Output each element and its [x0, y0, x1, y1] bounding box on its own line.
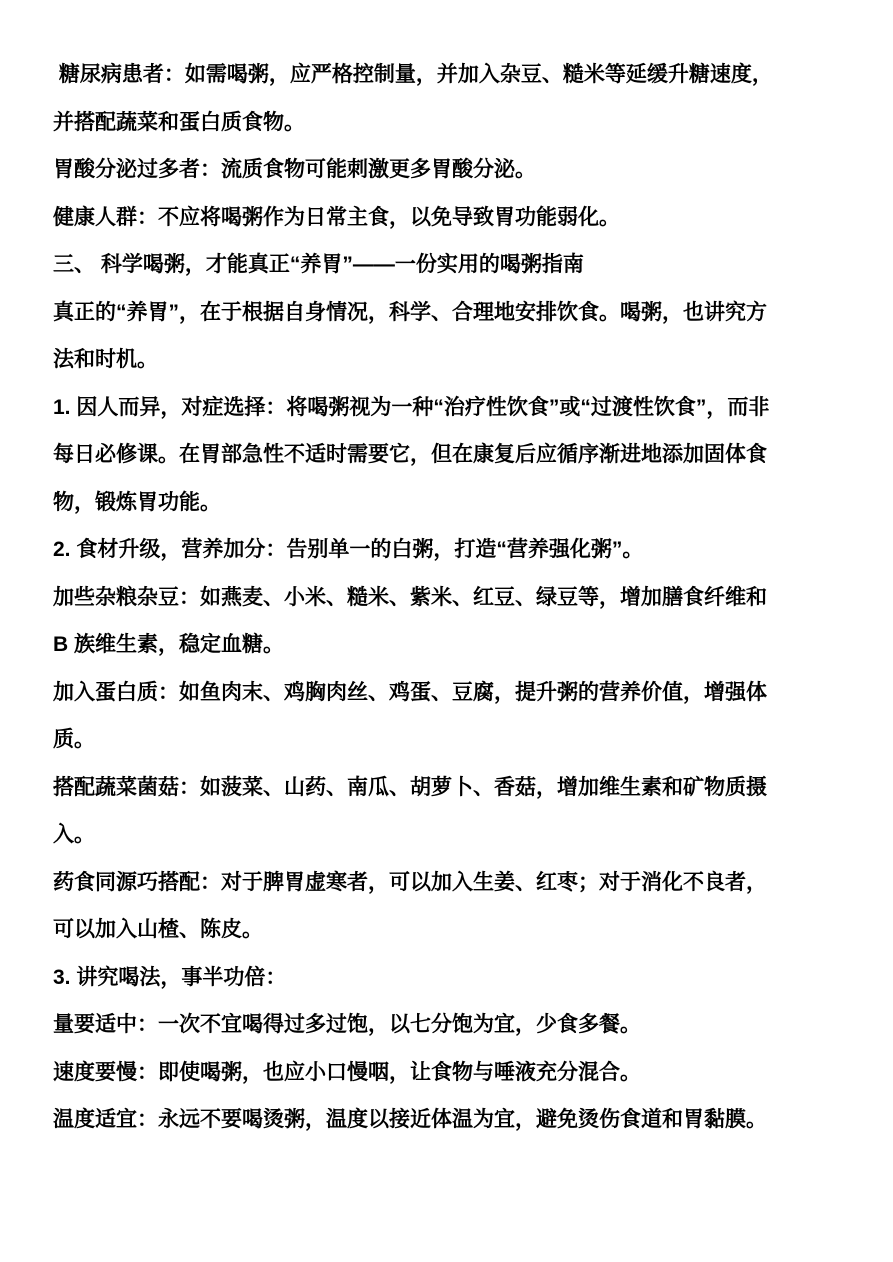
text-line: 质。 [53, 716, 855, 764]
para-slow-speed: 速度要慢：即使喝粥，也应小口慢咽，让食物与唾液充分混合。 [53, 1049, 855, 1097]
text-line: B 族维生素，稳定血糖。 [53, 621, 855, 669]
para-moderate-amount: 量要适中：一次不宜喝得过多过饱，以七分饱为宜，少食多餐。 [53, 1001, 855, 1049]
text-line: 量要适中：一次不宜喝得过多过饱，以七分饱为宜，少食多餐。 [53, 1001, 855, 1049]
text-line: 加些杂粮杂豆：如燕麦、小米、糙米、紫米、红豆、绿豆等，增加膳食纤维和 [53, 574, 855, 622]
heading-section-three: 三、 科学喝粥，才能真正“养胃”——一份实用的喝粥指南 [53, 241, 855, 289]
para-add-grains-beans: 加些杂粮杂豆：如燕麦、小米、糙米、紫米、红豆、绿豆等，增加膳食纤维和 B 族维生… [53, 574, 855, 669]
document-page: 糖尿病患者：如需喝粥，应严格控制量，并加入杂豆、糙米等延缓升糖速度， 并搭配蔬菜… [0, 0, 893, 1262]
para-point-3-drinking-method: 3. 讲究喝法，事半功倍： [53, 954, 855, 1002]
text-line: 健康人群：不应将喝粥作为日常主食，以免导致胃功能弱化。 [53, 194, 855, 242]
para-medicinal-food-pairing: 药食同源巧搭配：对于脾胃虚寒者，可以加入生姜、红枣；对于消化不良者， 可以加入山… [53, 859, 855, 954]
text-line: 物，锻炼胃功能。 [53, 479, 855, 527]
para-excess-stomach-acid: 胃酸分泌过多者：流质食物可能刺激更多胃酸分泌。 [53, 146, 855, 194]
text-line: 1. 因人而异，对症选择：将喝粥视为一种“治疗性饮食”或“过渡性饮食”，而非 [53, 384, 855, 432]
text-line: 温度适宜：永远不要喝烫粥，温度以接近体温为宜，避免烫伤食道和胃黏膜。 [53, 1096, 855, 1144]
text-line: 糖尿病患者：如需喝粥，应严格控制量，并加入杂豆、糙米等延缓升糖速度， [53, 51, 855, 99]
text-line: 三、 科学喝粥，才能真正“养胃”——一份实用的喝粥指南 [53, 241, 855, 289]
text-line: 3. 讲究喝法，事半功倍： [53, 954, 855, 1002]
text-line: 药食同源巧搭配：对于脾胃虚寒者，可以加入生姜、红枣；对于消化不良者， [53, 859, 855, 907]
para-healthy-people: 健康人群：不应将喝粥作为日常主食，以免导致胃功能弱化。 [53, 194, 855, 242]
text-line: 并搭配蔬菜和蛋白质食物。 [53, 99, 855, 147]
para-point-1-individualized-choice: 1. 因人而异，对症选择：将喝粥视为一种“治疗性饮食”或“过渡性饮食”，而非 每… [53, 384, 855, 527]
text-line: 胃酸分泌过多者：流质食物可能刺激更多胃酸分泌。 [53, 146, 855, 194]
text-line: 可以加入山楂、陈皮。 [53, 906, 855, 954]
text-line: 每日必修课。在胃部急性不适时需要它，但在康复后应循序渐进地添加固体食 [53, 431, 855, 479]
para-diabetes-patients: 糖尿病患者：如需喝粥，应严格控制量，并加入杂豆、糙米等延缓升糖速度， 并搭配蔬菜… [53, 51, 855, 146]
text-line: 入。 [53, 811, 855, 859]
text-line: 加入蛋白质：如鱼肉末、鸡胸肉丝、鸡蛋、豆腐，提升粥的营养价值，增强体 [53, 669, 855, 717]
text-line: 法和时机。 [53, 336, 855, 384]
para-suitable-temperature: 温度适宜：永远不要喝烫粥，温度以接近体温为宜，避免烫伤食道和胃黏膜。 [53, 1096, 855, 1144]
para-point-2-ingredient-upgrade: 2. 食材升级，营养加分：告别单一的白粥，打造“营养强化粥”。 [53, 526, 855, 574]
text-line: 2. 食材升级，营养加分：告别单一的白粥，打造“营养强化粥”。 [53, 526, 855, 574]
text-line: 真正的“养胃”，在于根据自身情况，科学、合理地安排饮食。喝粥，也讲究方 [53, 289, 855, 337]
para-add-protein: 加入蛋白质：如鱼肉末、鸡胸肉丝、鸡蛋、豆腐，提升粥的营养价值，增强体 质。 [53, 669, 855, 764]
text-line: 速度要慢：即使喝粥，也应小口慢咽，让食物与唾液充分混合。 [53, 1049, 855, 1097]
para-add-vegetables-mushrooms: 搭配蔬菜菌菇：如菠菜、山药、南瓜、胡萝卜、香菇，增加维生素和矿物质摄 入。 [53, 764, 855, 859]
text-line: 搭配蔬菜菌菇：如菠菜、山药、南瓜、胡萝卜、香菇，增加维生素和矿物质摄 [53, 764, 855, 812]
para-true-stomach-care: 真正的“养胃”，在于根据自身情况，科学、合理地安排饮食。喝粥，也讲究方 法和时机… [53, 289, 855, 384]
